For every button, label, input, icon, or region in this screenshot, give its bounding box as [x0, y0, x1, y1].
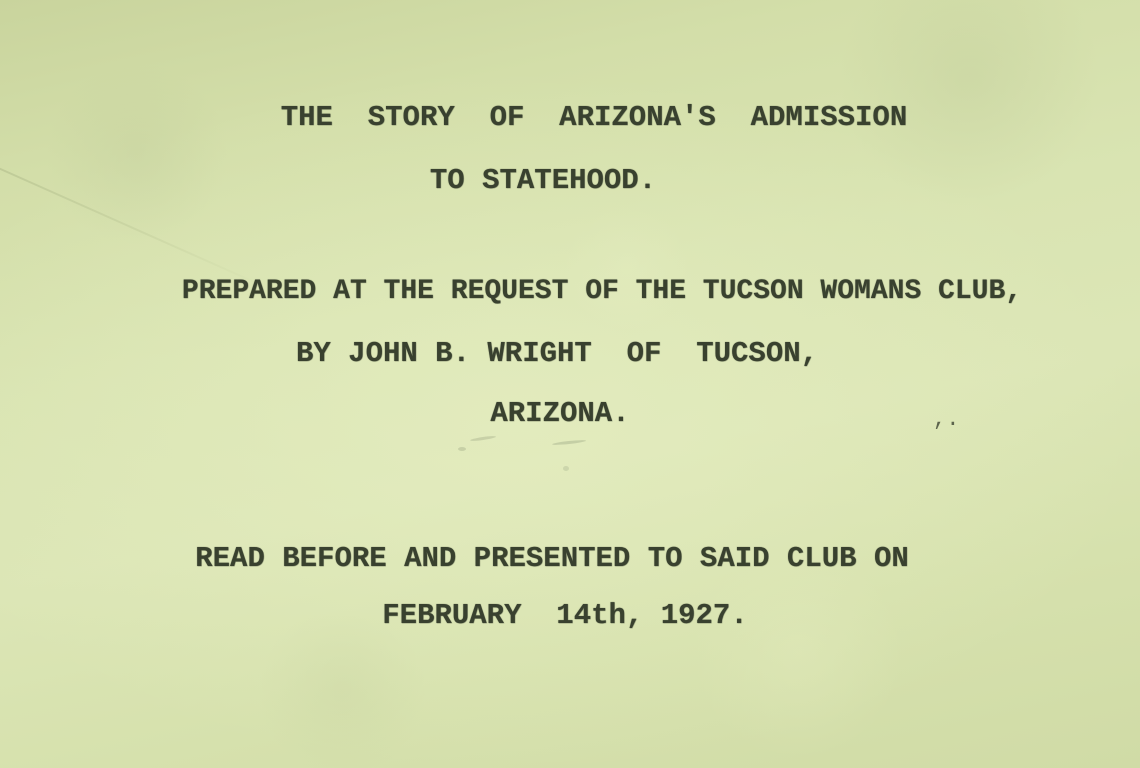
- presentation-line-2: FEBRUARY 14th, 1927.: [0, 599, 1135, 632]
- title-line-1: THE STORY OF ARIZONA'S ADMISSION: [24, 101, 1140, 134]
- title-line-2: TO STATEHOOD.: [0, 164, 1113, 197]
- scanned-document-page: THE STORY OF ARIZONA'S ADMISSION TO STAT…: [0, 0, 1140, 768]
- ink-smudge: [552, 439, 586, 446]
- stray-ink-mark: ,.: [933, 407, 959, 432]
- attribution-line-3: ARIZONA.: [0, 397, 1130, 430]
- ink-smudge: [563, 466, 569, 471]
- ink-smudge: [470, 435, 496, 442]
- ink-smudge: [458, 447, 466, 451]
- attribution-line-1: PREPARED AT THE REQUEST OF THE TUCSON WO…: [32, 276, 1140, 307]
- presentation-line-1: READ BEFORE AND PRESENTED TO SAID CLUB O…: [0, 542, 1122, 575]
- attribution-line-2: BY JOHN B. WRIGHT OF TUCSON,: [0, 337, 1127, 370]
